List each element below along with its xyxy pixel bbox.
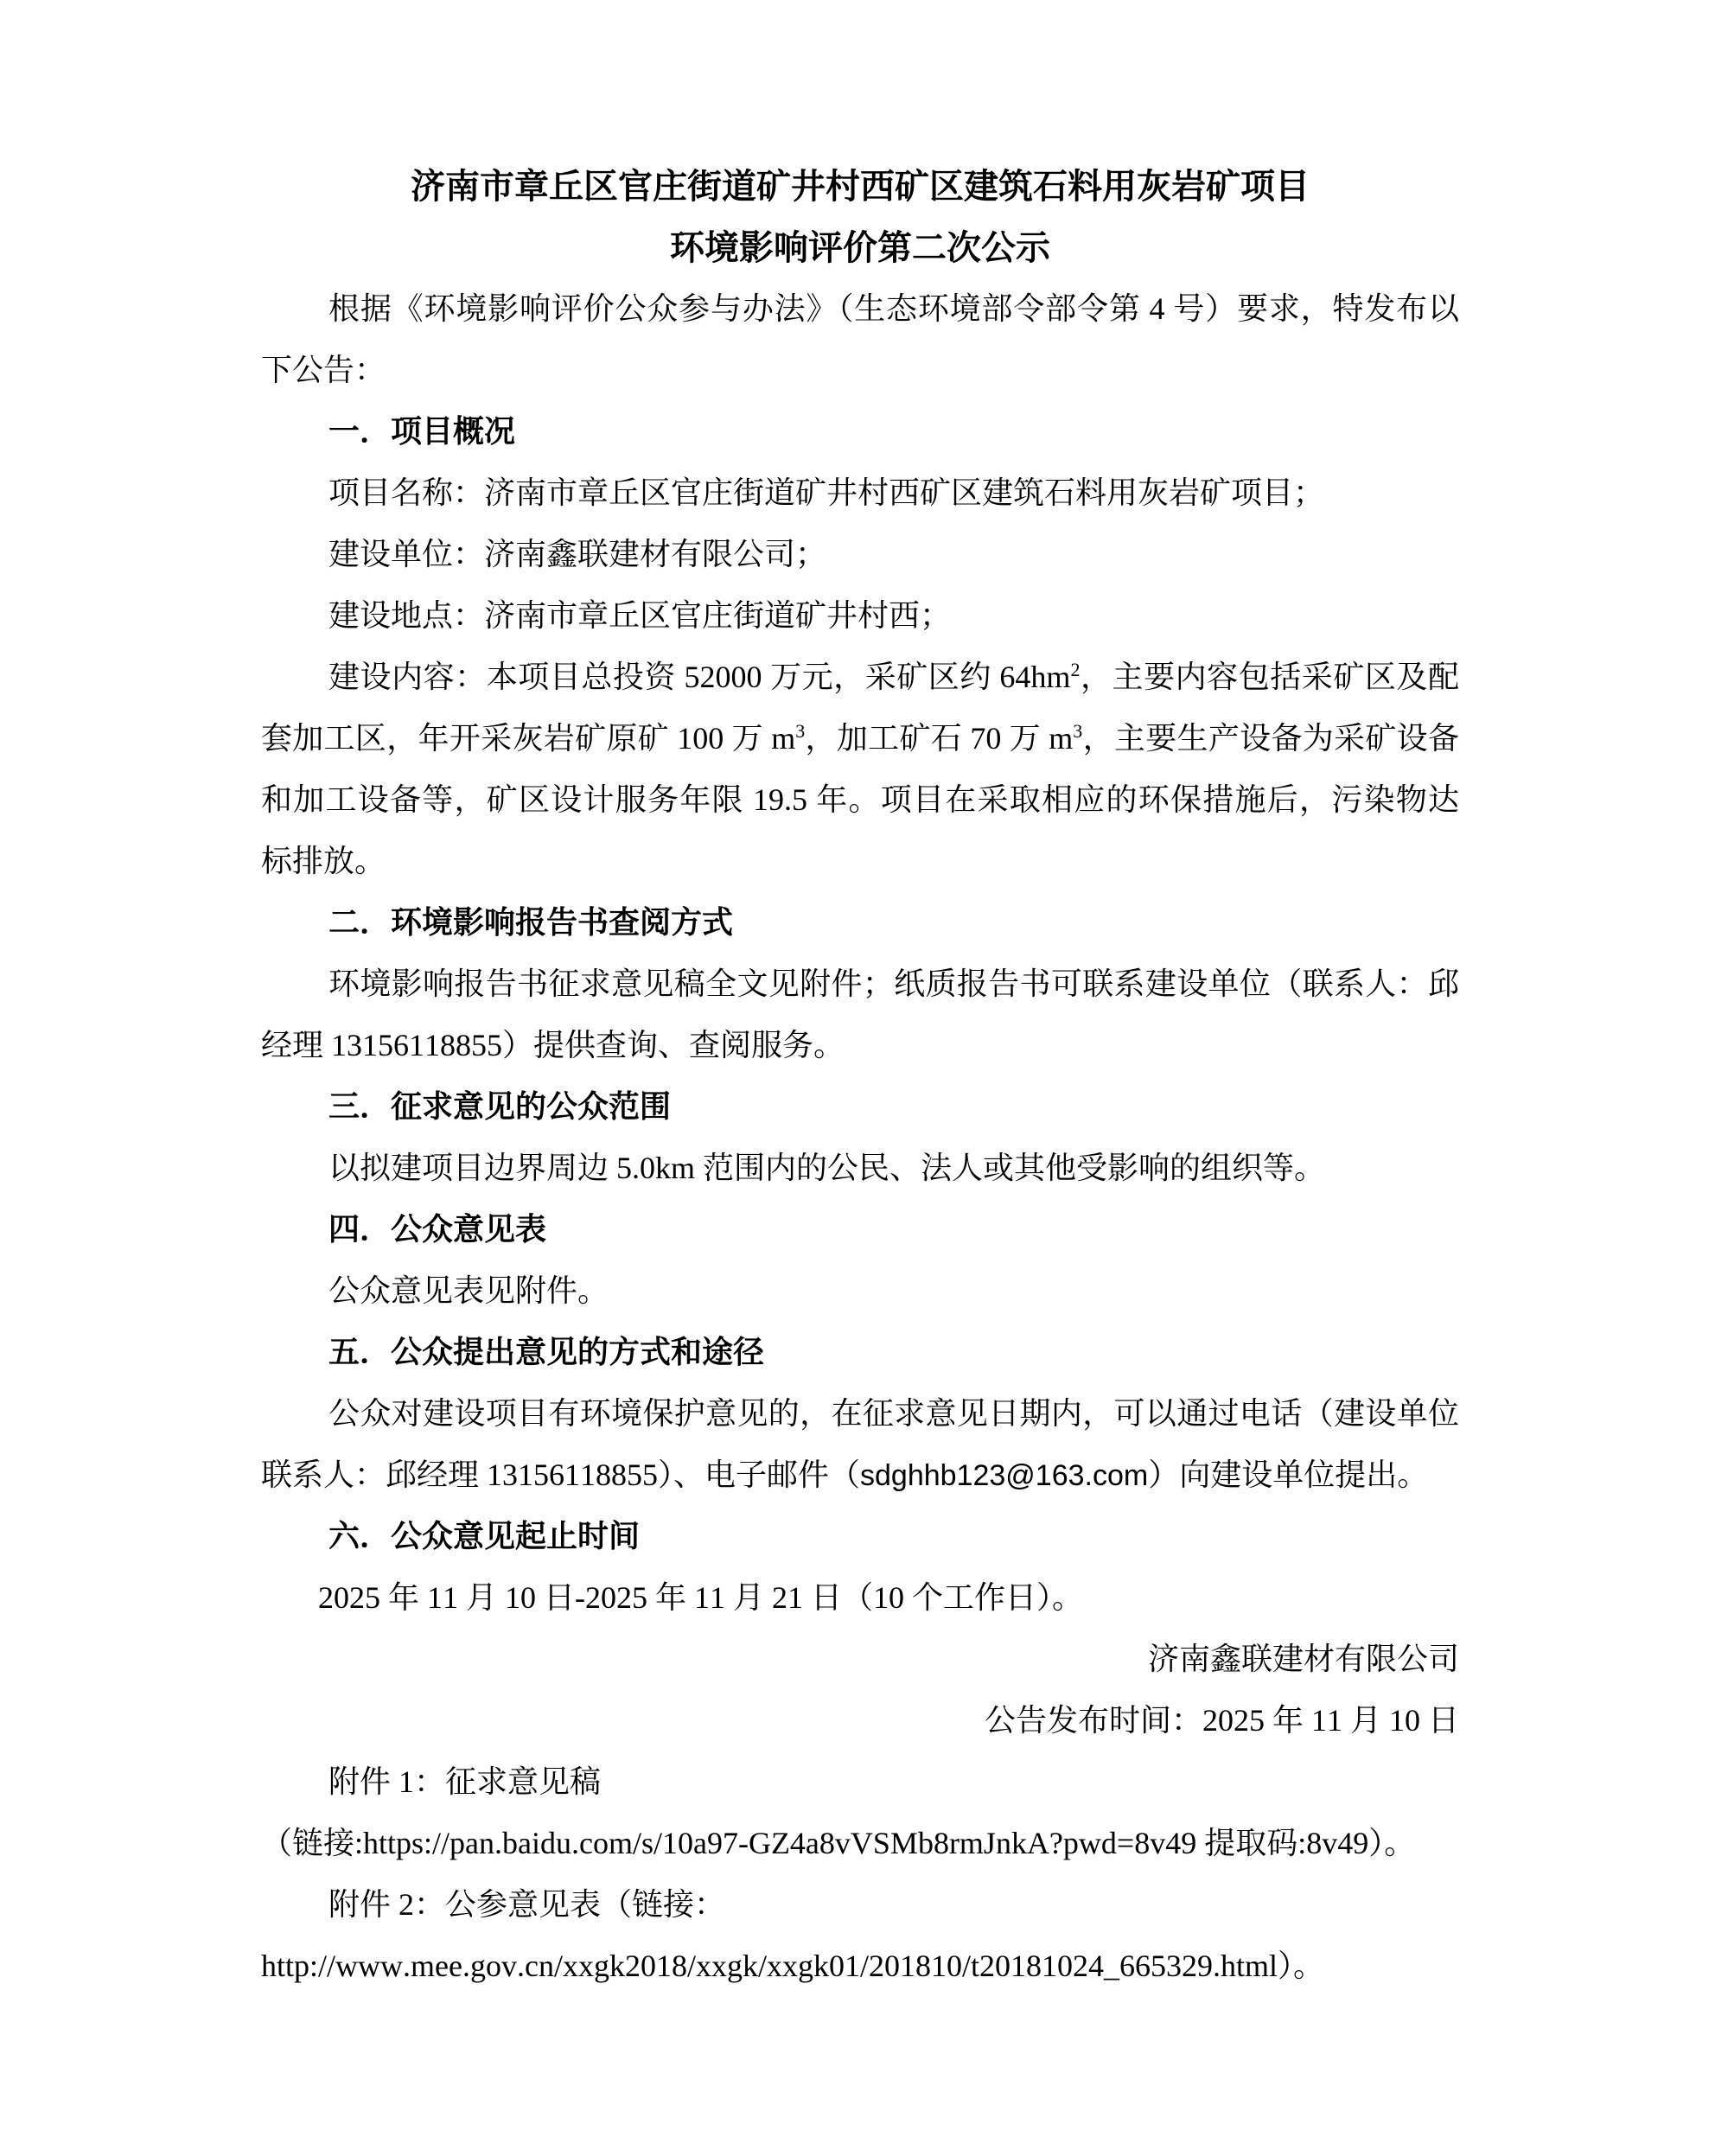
section3-heading: 三．征求意见的公众范围 [261, 1076, 1459, 1138]
volume-superscript-2: 3 [1073, 720, 1082, 742]
attachment1-link: （链接:https://pan.baidu.com/s/10a97-GZ4a8v… [261, 1813, 1459, 1874]
section6-date-range: 2025 年 11 月 10 日-2025 年 11 月 21 日（10 个工作… [261, 1567, 1459, 1629]
section1-project-name: 项目名称：济南市章丘区官庄街道矿井村西矿区建筑石料用灰岩矿项目； [261, 462, 1459, 524]
attachment2-link: http://www.mee.gov.cn/xxgk2018/xxgk/xxgk… [261, 1936, 1459, 1997]
section5-heading: 五．公众提出意见的方式和途径 [261, 1322, 1459, 1383]
section4-line1: 公众意见表见附件。 [261, 1260, 1459, 1322]
section1-content-line3: 和加工设备等，矿区设计服务年限 19.5 年。项目在采取相应的环保措施后，污染物… [261, 769, 1459, 831]
contact-email: sdghhb123@163.com [860, 1459, 1148, 1492]
intro-line1: 根据《环境影响评价公众参与办法》（生态环境部令部令第 4 号）要求，特发布以 [261, 278, 1459, 340]
content-line1-text-b: ，主要内容包括采矿区及配 [1080, 660, 1459, 694]
section5-line1: 公众对建设项目有环境保护意见的，在征求意见日期内，可以通过电话（建设单位 [261, 1383, 1459, 1445]
signature-publish-date: 公告发布时间：2025 年 11 月 10 日 [261, 1690, 1459, 1751]
section1-content-line1: 建设内容：本项目总投资 52000 万元，采矿区约 64hm2，主要内容包括采矿… [261, 647, 1459, 708]
doc-title-line1: 济南市章丘区官庄街道矿井村西矿区建筑石料用灰岩矿项目 [261, 156, 1459, 217]
section4-heading: 四．公众意见表 [261, 1199, 1459, 1260]
section6-heading: 六．公众意见起止时间 [261, 1506, 1459, 1567]
section1-construction-unit: 建设单位：济南鑫联建材有限公司； [261, 524, 1459, 585]
doc-title-line2: 环境影响评价第二次公示 [261, 217, 1459, 278]
section3-line1: 以拟建项目边界周边 5.0km 范围内的公民、法人或其他受影响的组织等。 [261, 1138, 1459, 1199]
notice-document-page: 济南市章丘区官庄街道矿井村西矿区建筑石料用灰岩矿项目 环境影响评价第二次公示 根… [0, 0, 1715, 2156]
content-line1-text-a: 建设内容：本项目总投资 52000 万元，采矿区约 64hm [328, 660, 1070, 694]
content-line2-text-c: ，主要生产设备为采矿设备 [1082, 721, 1459, 756]
volume-superscript-1: 3 [795, 720, 805, 742]
section5-line2-text-b: ）向建设单位提出。 [1148, 1458, 1428, 1492]
section2-heading: 二．环境影响报告书查阅方式 [261, 892, 1459, 954]
attachment1-label: 附件 1：征求意见稿 [261, 1751, 1459, 1813]
attachment2-label: 附件 2：公参意见表（链接： [261, 1874, 1459, 1936]
section1-construction-location: 建设地点：济南市章丘区官庄街道矿井村西； [261, 585, 1459, 647]
section2-line2: 经理 13156118855）提供查询、查阅服务。 [261, 1015, 1459, 1076]
area-superscript: 2 [1070, 659, 1080, 680]
signature-company: 济南鑫联建材有限公司 [261, 1629, 1459, 1690]
content-line2-text-a: 套加工区，年开采灰岩矿原矿 100 万 m [261, 721, 795, 756]
intro-line2: 下公告： [261, 340, 1459, 401]
section2-line1: 环境影响报告书征求意见稿全文见附件；纸质报告书可联系建设单位（联系人：邱 [261, 954, 1459, 1015]
content-line2-text-b: ，加工矿石 70 万 m [805, 721, 1073, 756]
section1-heading: 一．项目概况 [261, 401, 1459, 462]
section1-content-line4: 标排放。 [261, 831, 1459, 892]
section5-line2: 联系人：邱经理 13156118855）、电子邮件（sdghhb123@163.… [261, 1445, 1459, 1506]
section5-line2-text-a: 联系人：邱经理 13156118855）、电子邮件（ [261, 1458, 860, 1492]
section1-content-line2: 套加工区，年开采灰岩矿原矿 100 万 m3，加工矿石 70 万 m3，主要生产… [261, 708, 1459, 769]
